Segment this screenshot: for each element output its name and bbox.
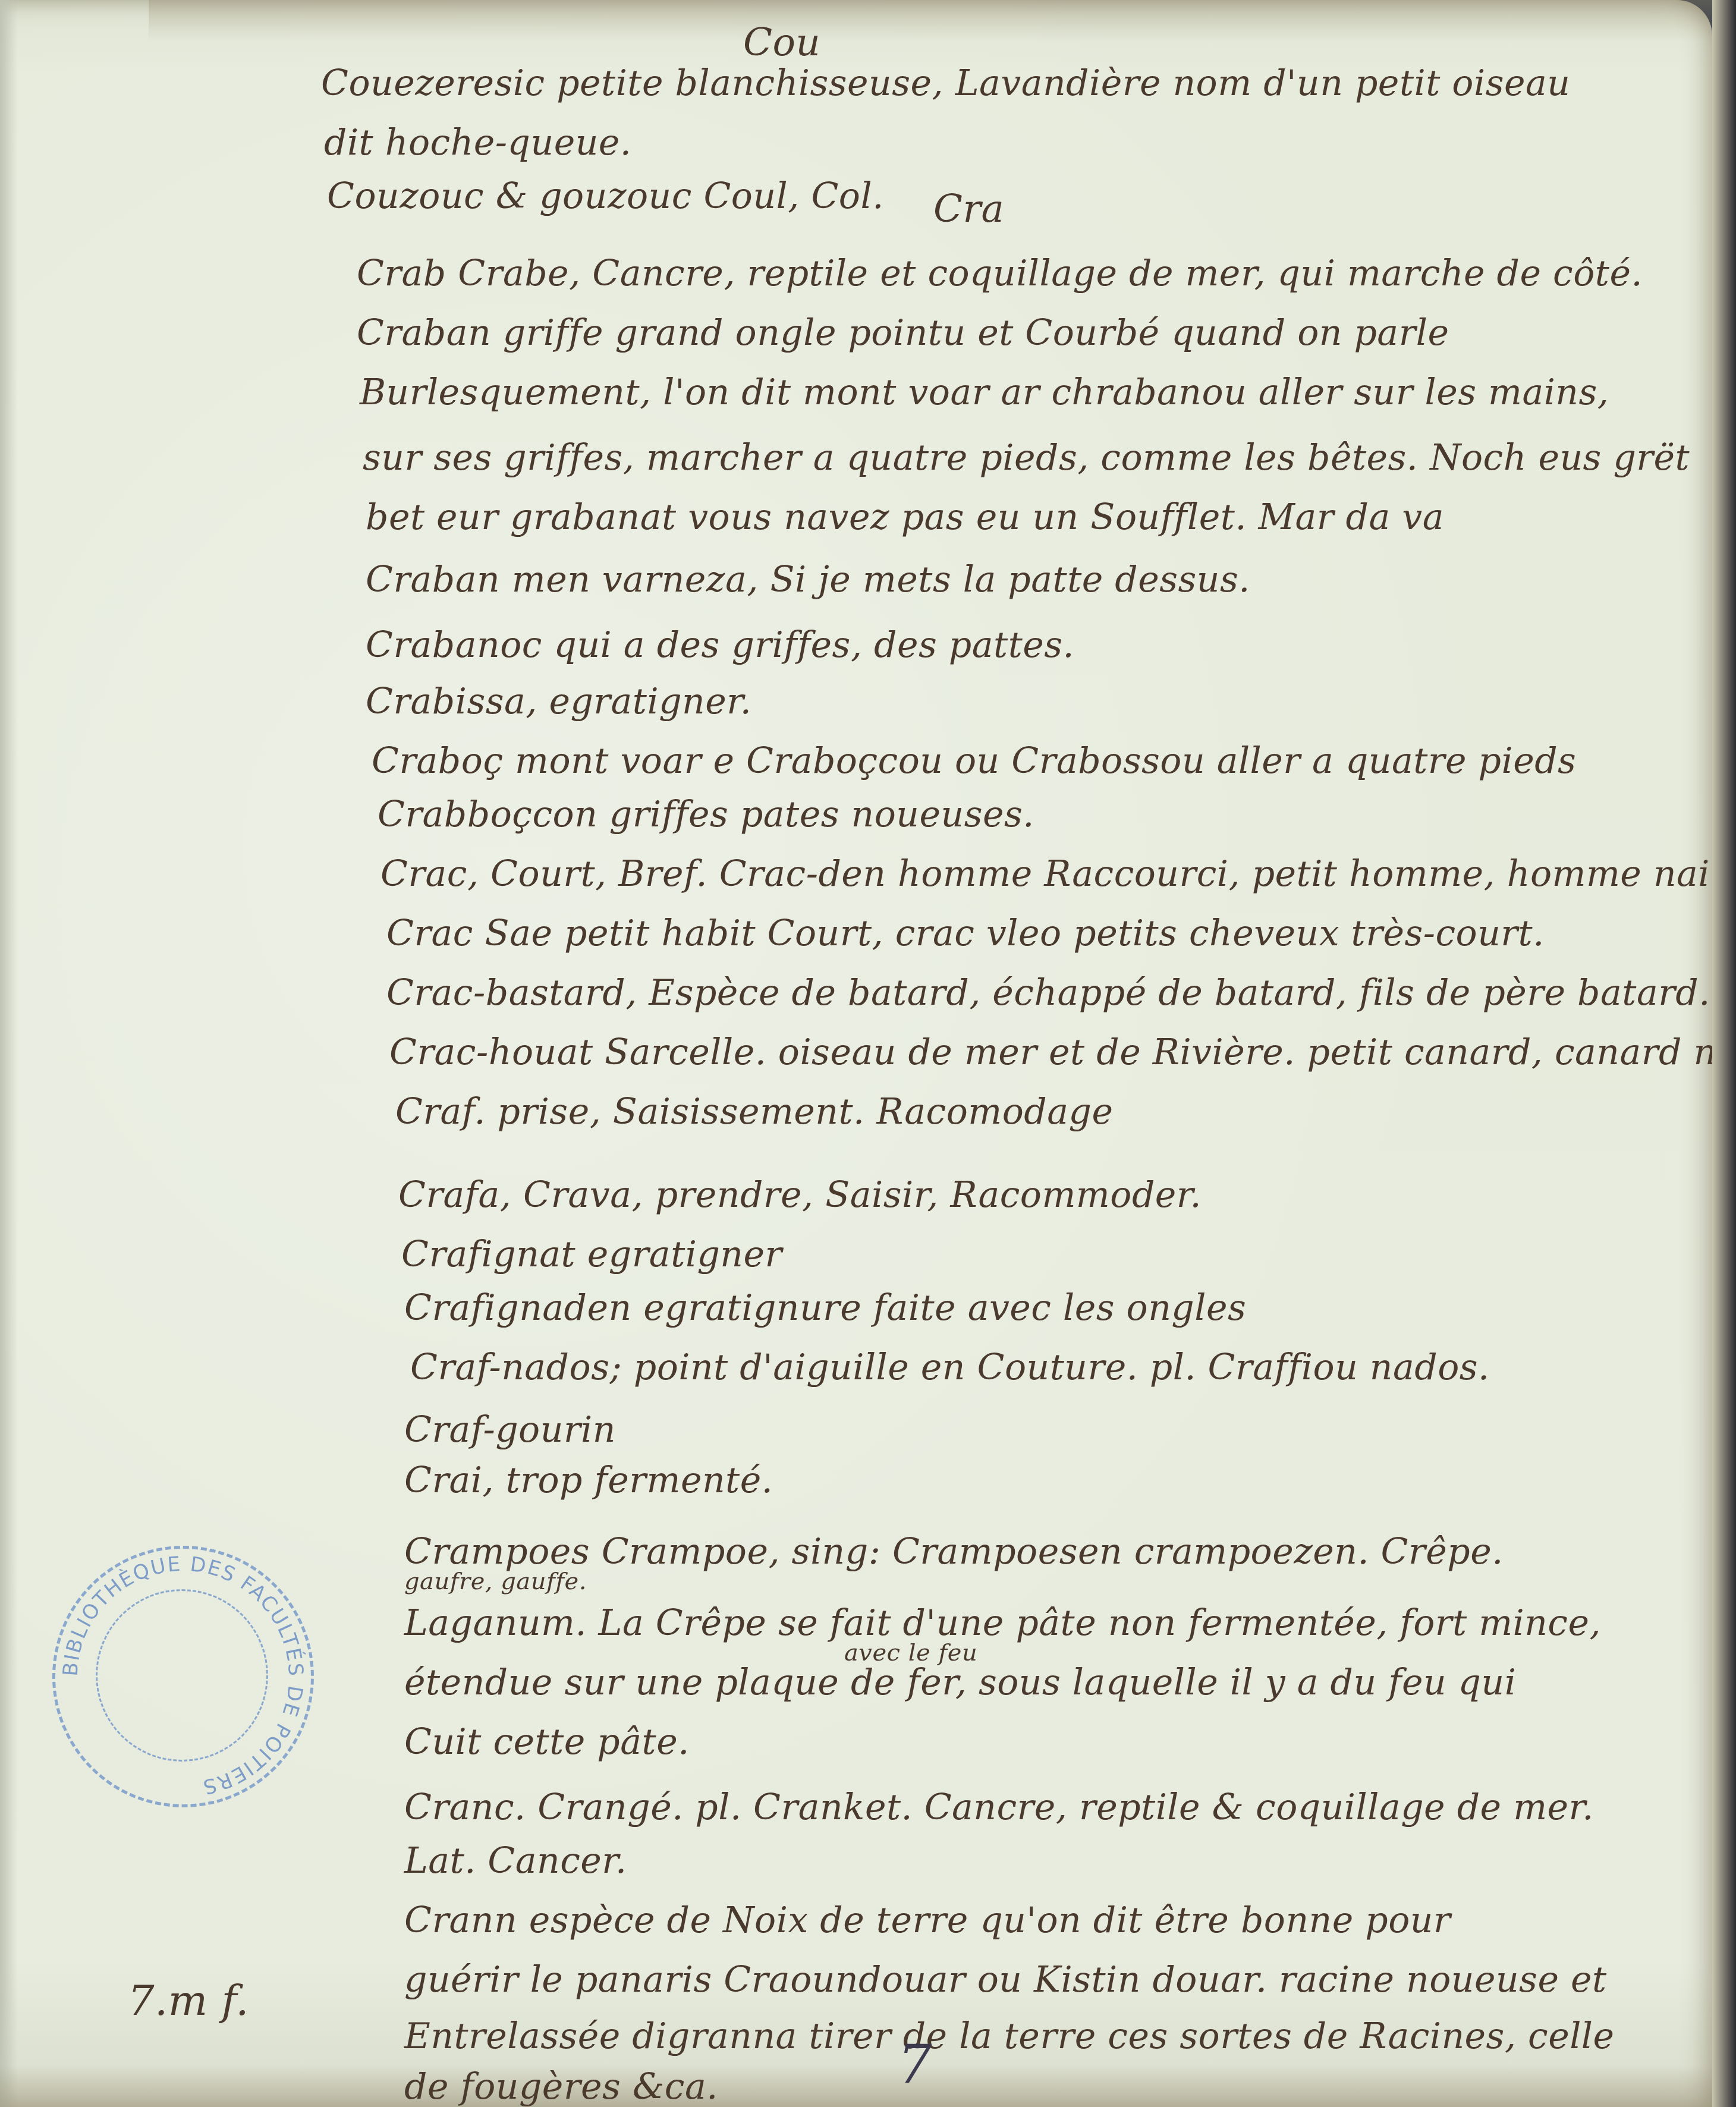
entry-line: gaufre, gauffe. <box>404 1570 587 1593</box>
bottom-water-stain <box>0 2065 1712 2107</box>
interlinear-note: avec le feu <box>844 1641 977 1665</box>
entry-line: Cuit cette pâte. <box>404 1724 690 1760</box>
entry-line: Crafignat egratigner <box>401 1237 782 1272</box>
entry-line: Cranc. Crangé. pl. Cranket. Cancre, rept… <box>404 1790 1594 1825</box>
svg-text:BIBLIOTHÈQUE DES FACULTÉS DE P: BIBLIOTHÈQUE DES FACULTÉS DE POITIERS <box>59 1552 308 1799</box>
entry-line: Crafignaden egratignure faite avec les o… <box>404 1290 1246 1326</box>
page-edge <box>1712 0 1736 2107</box>
entry-line: Crac-houat Sarcelle. oiseau de mer et de… <box>389 1034 1736 1070</box>
entry-line: Burlesquement, l'on dit mont voar ar chr… <box>360 375 1609 410</box>
gutter-shadow <box>0 0 18 2107</box>
entry-line: Entrelassée digranna tirer de la terre c… <box>404 2018 1615 2054</box>
top-water-stain <box>149 0 1712 42</box>
entry-line: Crabboçcon griffes pates noueuses. <box>378 797 1034 832</box>
entry-line: Crab Crabe, Cancre, reptile et coquillag… <box>357 256 1643 291</box>
entry-line: Crabissa, egratigner. <box>366 684 751 719</box>
entry-line: Crann espèce de Noix de terre qu'on dit … <box>404 1902 1451 1938</box>
entry-line: dit hoche-queue. <box>324 125 631 161</box>
entry-line: Craf-nados; point d'aiguille en Couture.… <box>410 1350 1490 1385</box>
entry-line: Laganum. La Crêpe se fait d'une pâte non… <box>404 1605 1601 1641</box>
entry-line: Couezeresic petite blanchisseuse, Lavand… <box>321 65 1570 101</box>
entry-line: Craf-gourin <box>404 1412 616 1448</box>
entry-line: sur ses griffes, marcher a quatre pieds,… <box>363 440 1690 476</box>
page-number: 7 <box>898 2033 932 2096</box>
entry-line: guérir le panaris Craoundouar ou Kistin … <box>404 1962 1607 1998</box>
entry-line: Crabanoc qui a des griffes, des pattes. <box>366 627 1074 663</box>
entry-line: Couzouc & gouzouc Coul, Col. <box>327 178 884 214</box>
entry-line: Craf. prise, Saisissement. Racomodage <box>395 1094 1113 1130</box>
entry-line: de fougères &ca. <box>404 2069 718 2105</box>
entry-line: Crac-bastard, Espèce de batard, échappé … <box>386 975 1710 1011</box>
entry-line: Crafa, Crava, prendre, Saisir, Racommode… <box>398 1177 1202 1213</box>
section-heading-cou: Cou <box>743 24 820 62</box>
library-stamp-label: BIBLIOTHÈQUE DES FACULTÉS DE POITIERS <box>59 1552 308 1799</box>
section-heading-cra: Cra <box>933 190 1004 228</box>
entry-line: Lat. Cancer. <box>404 1843 627 1879</box>
entry-line: Crampoes Crampoe, sing: Crampoesen cramp… <box>404 1534 1504 1570</box>
library-stamp: BIBLIOTHÈQUE DES FACULTÉS DE POITIERS <box>52 1546 314 1807</box>
entry-line: Crac Sae petit habit Court, crac vleo pe… <box>386 916 1545 951</box>
entry-line: étendue sur une plaque de fer, sous laqu… <box>404 1665 1516 1700</box>
entry-line: Craban men varneza, Si je mets la patte … <box>366 562 1250 597</box>
entry-line: bet eur grabanat vous navez pas eu un So… <box>366 499 1444 535</box>
entry-line: Crai, trop fermenté. <box>404 1463 773 1498</box>
entry-line: Craboç mont voar e Craboçcou ou Crabosso… <box>372 743 1576 779</box>
manuscript-page: Cou Couezeresic petite blanchisseuse, La… <box>0 0 1712 2107</box>
library-stamp-text-ring: BIBLIOTHÈQUE DES FACULTÉS DE POITIERS <box>52 1546 314 1807</box>
entry-line: Crac, Court, Bref. Crac-den homme Raccou… <box>380 856 1733 892</box>
entry-line: Craban griffe grand ongle pointu et Cour… <box>357 315 1449 351</box>
margin-note: 7.m f. <box>128 1980 249 2021</box>
